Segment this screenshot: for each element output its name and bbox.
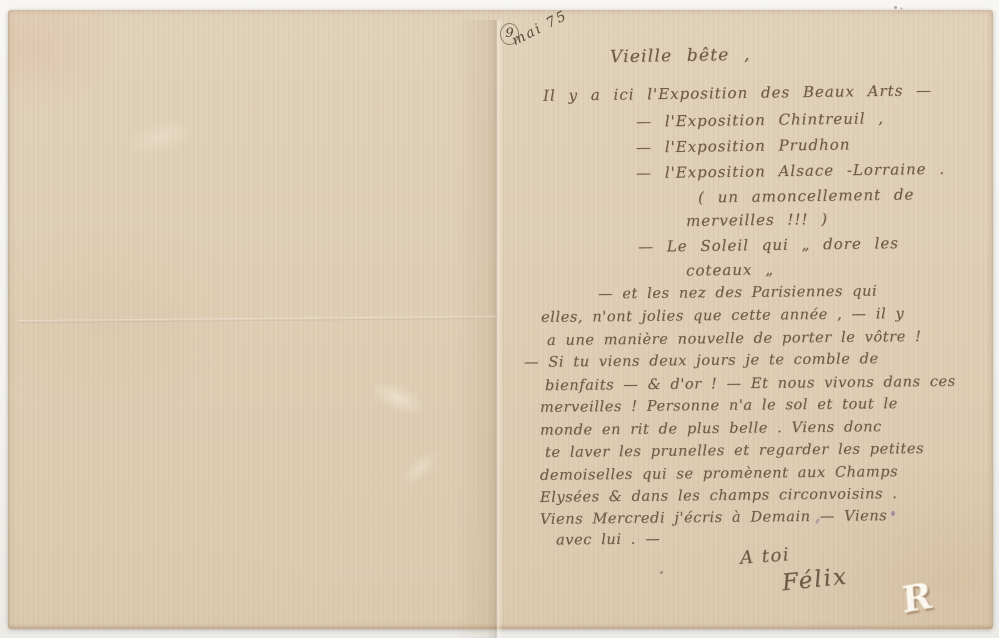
paper-scuff <box>395 445 445 491</box>
paper-scuff <box>123 113 198 160</box>
letter-line: avec lui . — <box>556 531 660 548</box>
letter-line: — Le Soleil qui „ dore les <box>638 234 899 256</box>
closing: A toi <box>739 544 790 568</box>
paper-scuff <box>365 374 430 422</box>
salutation: Vieille bête , <box>610 45 751 67</box>
faint-pencil-scribble <box>894 6 897 9</box>
pencil-date-annotation: 9 mai 75 <box>500 22 519 45</box>
letter-line: — et les nez des Parisiennes qui <box>598 284 877 303</box>
letter-line: — l'Exposition Chintreuil , <box>636 109 884 130</box>
center-fold <box>489 20 503 638</box>
ink-speck <box>660 571 663 574</box>
letter-line: coteaux „ <box>686 260 774 279</box>
letter-line: ( un amoncellement de <box>698 185 915 206</box>
letter-line: merveilles !!! ) <box>686 210 828 230</box>
fold-shading <box>456 20 492 638</box>
ink-speck <box>891 511 895 516</box>
letter-line: — l'Exposition Prudhon <box>636 136 851 157</box>
horizontal-crease <box>18 316 496 323</box>
scan-background: 9 mai 75 Vieille bête , Il y a ici l'Exp… <box>0 0 999 638</box>
embossed-monogram-stamp-icon: R <box>902 575 934 622</box>
